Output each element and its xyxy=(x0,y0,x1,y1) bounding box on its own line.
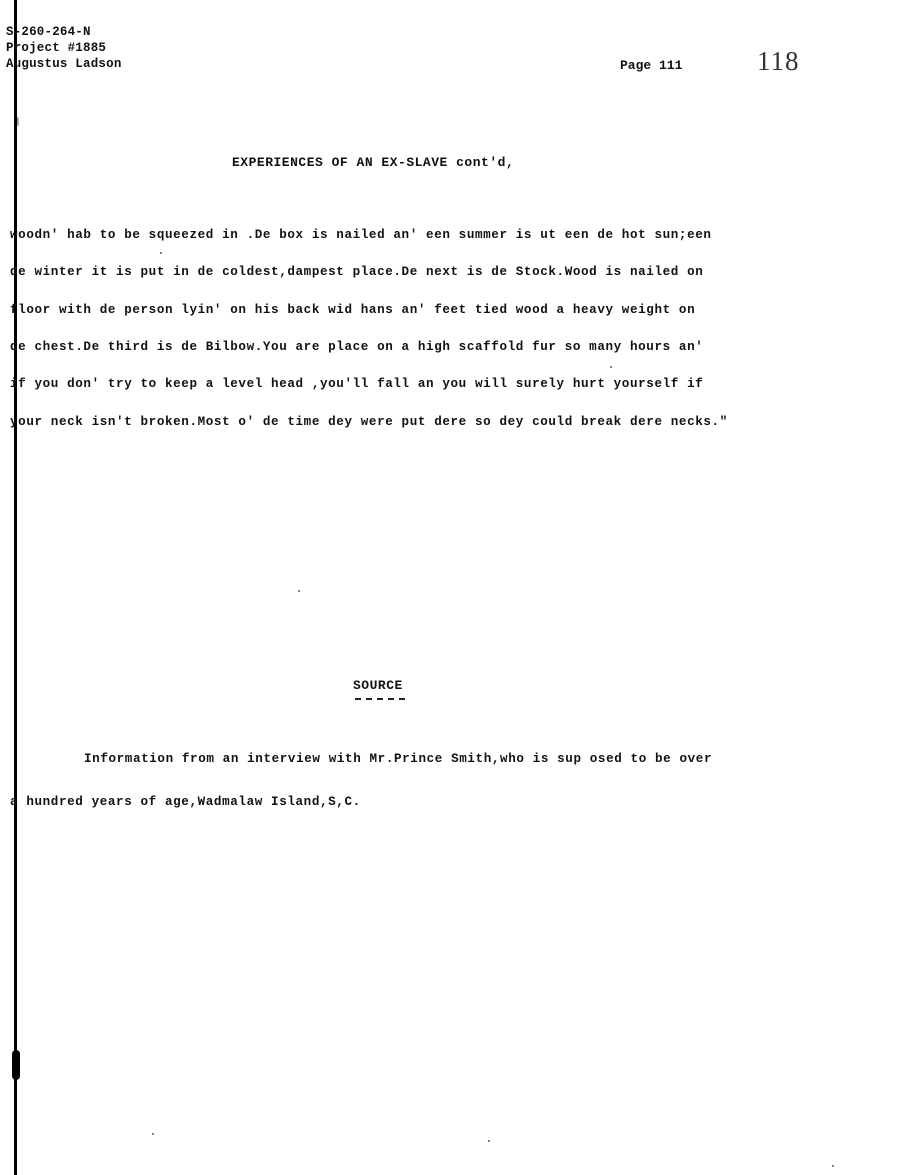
body-line: woodn' hab to be squeezed in .De box is … xyxy=(10,228,712,242)
body-line: de chest.De third is de Bilbow.You are p… xyxy=(10,340,703,354)
project-number: Project #1885 xyxy=(6,40,122,56)
body-line: floor with de person lyin' on his back w… xyxy=(10,303,695,317)
source-line: a hundred years of age,Wadmalaw Island,S… xyxy=(10,795,361,809)
page-label: Page 111 xyxy=(620,58,682,73)
paper-speck xyxy=(160,252,162,254)
paper-speck xyxy=(152,1133,154,1135)
left-margin-rule xyxy=(14,0,17,1175)
document-header: S-260-264-N Project #1885 Augustus Ladso… xyxy=(6,24,122,72)
source-line: Information from an interview with Mr.Pr… xyxy=(84,752,712,766)
ink-blot xyxy=(12,1050,20,1080)
body-line: de winter it is put in de coldest,dampes… xyxy=(10,265,703,279)
paper-speck xyxy=(488,1140,490,1142)
record-id: S-260-264-N xyxy=(6,24,122,40)
body-line: your neck isn't broken.Most o' de time d… xyxy=(10,415,728,429)
document-title: EXPERIENCES OF AN EX-SLAVE cont'd, xyxy=(232,155,514,170)
stamped-page-number: 118 xyxy=(757,46,800,77)
body-line: if you don' try to keep a level head ,yo… xyxy=(10,377,703,391)
paper-speck xyxy=(832,1165,834,1167)
source-heading: SOURCE xyxy=(353,678,403,693)
paper-speck xyxy=(298,590,300,592)
source-underline xyxy=(355,698,405,700)
author-name: Augustus Ladson xyxy=(6,56,122,72)
paper-speck xyxy=(610,366,612,368)
